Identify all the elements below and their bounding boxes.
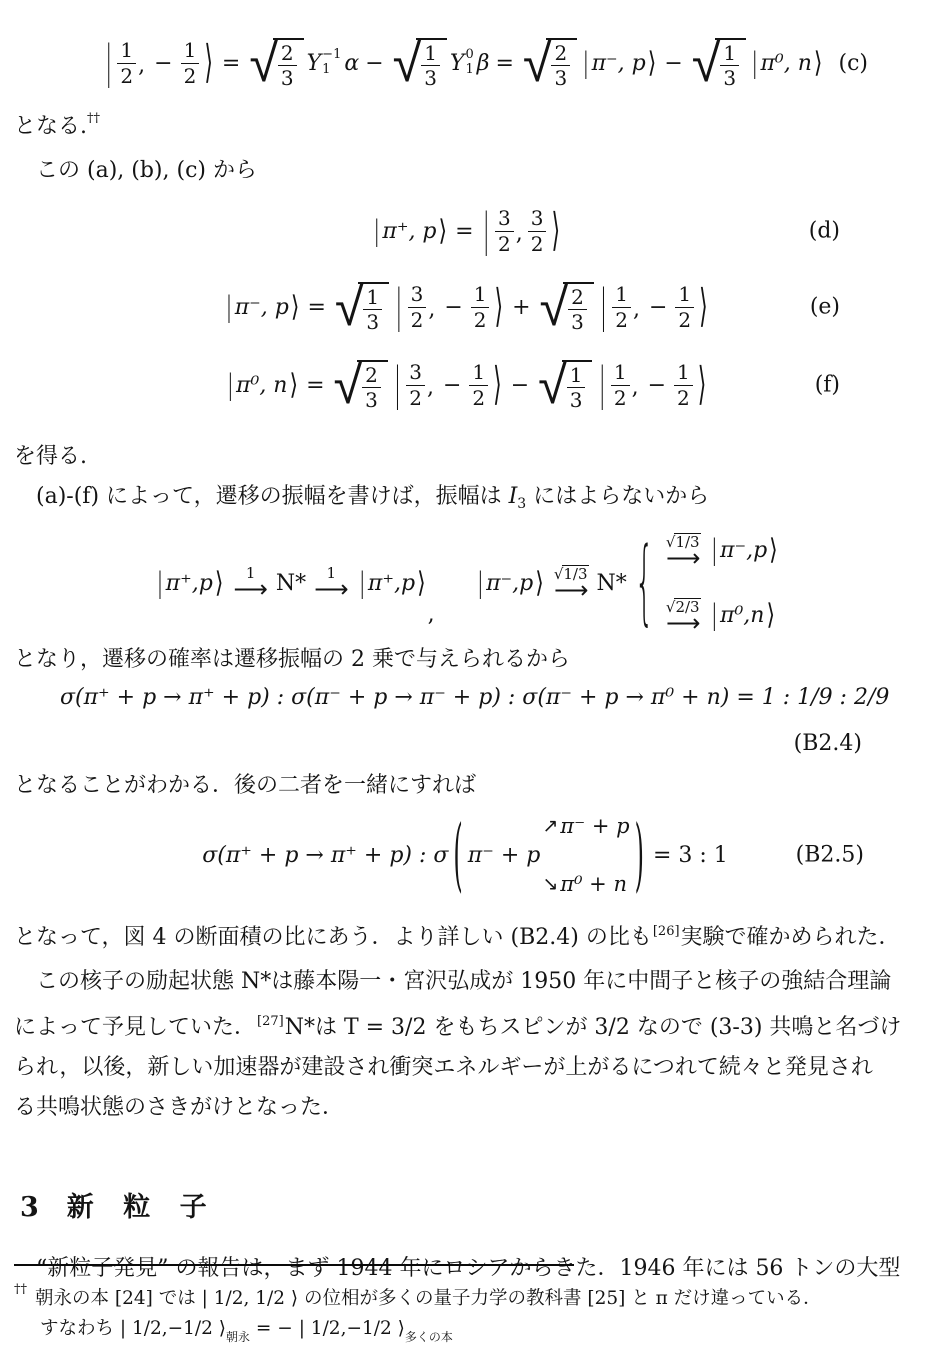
ket-close-angle: ⟩ xyxy=(439,215,448,248)
text: N*は T = 3/2 をもちスピンが 3/2 なので (3-3) 共鳴と名づけ xyxy=(285,1015,902,1040)
ket-half-minus-half: | 12 , − 12 ⟩ xyxy=(597,284,711,330)
comma: , xyxy=(633,297,640,322)
text: となる. xyxy=(14,114,87,139)
branch-row: √1/3 ⟶ | π⁻,p ⟩ xyxy=(658,533,780,568)
equation-label: (c) xyxy=(839,51,869,76)
minus-sign: − xyxy=(154,51,172,76)
fraction: 32 xyxy=(495,208,514,254)
ket-close-angle: ⟩ xyxy=(417,567,426,600)
text-line-tonaru: となる.†† xyxy=(14,104,920,142)
ket-close-angle: ⟩ xyxy=(814,47,823,80)
text-line-nstar-1: この核子の励起状態 N*は藤本陽一・宮沢弘成が 1950 年に中間子と核子の強結… xyxy=(14,967,920,997)
text-line-tonaru-koto: となることがわかる．後の二者を一緒にすれば xyxy=(14,771,920,801)
labeled-arrow: √2/3 ⟶ xyxy=(666,598,701,633)
radical: √ 23 xyxy=(523,38,577,89)
arrow-icon: ⟶ xyxy=(233,580,267,599)
subscript-many-books: 多くの本 xyxy=(405,1330,453,1344)
equation-c: | 12 , − 12 ⟩ = √ 23 Y−11α − √ 13 Y01β =… xyxy=(102,22,920,104)
ket-close-angle: ⟩ xyxy=(698,359,707,410)
ket-close-angle: ⟩ xyxy=(291,291,300,324)
labeled-arrow: √1/3 ⟶ xyxy=(666,533,701,568)
ket-open-bar: | xyxy=(751,47,758,80)
ket-three-half: | 32 , 32 ⟩ xyxy=(480,208,563,254)
radical: √ 23 xyxy=(334,360,388,411)
ket-close-angle: ⟩ xyxy=(289,369,298,402)
dagger-mark: †† xyxy=(14,1282,27,1297)
ket-close-angle: ⟩ xyxy=(493,359,502,410)
text: となって，図 4 の断面積の比にあう．より詳しい (B2.4) の比も xyxy=(14,925,652,950)
footnote-text: = − | 1/2,−1/2 ⟩ xyxy=(250,1318,405,1339)
fork-row-down: ↘ π⁰ + n xyxy=(542,872,629,896)
text-line-nstar-2: によって予見していた．[27]N*は T = 3/2 をもちスピンが 3/2 な… xyxy=(14,1007,920,1043)
comma: , xyxy=(632,375,639,400)
radical: √ 13 xyxy=(538,360,592,411)
equation-d: | π⁺, p ⟩ = | 32 , 32 ⟩ (d) xyxy=(14,200,920,262)
minus-sign: − xyxy=(511,373,529,398)
equation-label: (d) xyxy=(809,219,840,244)
equals-sign: = xyxy=(222,51,240,76)
isospin-variable: I xyxy=(509,484,518,509)
ket-pi-plus-p: | π⁺,p ⟩ xyxy=(154,571,225,596)
ket-open-bar: | xyxy=(358,567,365,600)
branch-row: √2/3 ⟶ | π⁰,n ⟩ xyxy=(658,598,780,633)
ket-content: π⁺, p xyxy=(382,219,436,244)
equation-b24-label: (B2.4) xyxy=(14,729,920,759)
fraction: 12 xyxy=(469,362,488,408)
text: 実験で確かめられた． xyxy=(681,925,901,950)
equation-f: | π⁰, n ⟩ = √ 23 | 32 , − 12 ⟩ − √ 13 xyxy=(14,352,920,418)
text-line-kono-abc: この (a), (b), (c) から xyxy=(14,156,920,186)
fraction: 12 xyxy=(471,284,490,330)
text-line-oeru: を得る. xyxy=(14,442,920,472)
fraction: 12 xyxy=(117,40,136,86)
ket-open-bar: | xyxy=(227,369,234,402)
radical: √ 13 xyxy=(393,38,447,89)
ket-pi-minus-p: | π⁻,p ⟩ xyxy=(709,538,780,563)
ket-half-minus-half: | 12 , − 12 ⟩ xyxy=(102,40,216,86)
alpha-variable: α xyxy=(344,51,359,76)
down-arrow-icon: ↘ xyxy=(542,873,558,895)
comma: , xyxy=(516,221,523,246)
ket-open-bar: | xyxy=(483,205,490,256)
ket-open-bar: | xyxy=(156,567,163,600)
footnote-text: すなわち | 1/2,−1/2 ⟩ xyxy=(40,1318,226,1339)
arrow-icon: ⟶ xyxy=(314,580,348,599)
ket-open-bar: | xyxy=(395,281,402,332)
pi-zero-n-final: π⁰ + n xyxy=(560,872,627,896)
scripts: 01 xyxy=(465,48,473,78)
ket-content: π⁻,p xyxy=(720,538,767,563)
fraction: 32 xyxy=(528,208,547,254)
ket-close-angle: ⟩ xyxy=(769,534,778,567)
document-page: | 12 , − 12 ⟩ = √ 23 Y−11α − √ 13 Y01β =… xyxy=(0,0,938,1366)
beta-variable: β xyxy=(477,51,490,76)
labeled-arrow: √1/3 ⟶ xyxy=(554,565,589,600)
labeled-arrow: 1 ⟶ xyxy=(233,566,267,599)
equals-sign: = xyxy=(306,373,324,398)
equals-sign: = xyxy=(307,295,325,320)
ket-open-bar: | xyxy=(598,359,605,410)
n-star-resonance: N* xyxy=(276,571,306,596)
ket-pi-zero-n: | π⁰, n ⟩ xyxy=(225,373,300,398)
citation-26: [26] xyxy=(653,924,680,939)
dagger-mark: †† xyxy=(87,111,100,126)
ket-pi-zero-n: | π⁰,n ⟩ xyxy=(709,603,777,628)
ket-three-half-minus-half: | 32 , − 12 ⟩ xyxy=(392,284,506,330)
fraction: 12 xyxy=(674,362,693,408)
fraction: 32 xyxy=(408,284,427,330)
minus-sign: − xyxy=(443,373,461,398)
fraction: 12 xyxy=(612,284,631,330)
plus-sign: + xyxy=(512,295,530,320)
ket-open-bar: | xyxy=(477,567,484,600)
ket-content: π⁰, n xyxy=(760,51,811,76)
branch-tree: √1/3 ⟶ | π⁻,p ⟩ √2/3 ⟶ | xyxy=(658,533,780,633)
pi-minus-p-final: π⁻ + p xyxy=(560,814,629,838)
ket-close-angle: ⟩ xyxy=(494,281,503,332)
ket-open-bar: | xyxy=(394,359,401,410)
text-line-af: (a)-(f) によって，遷移の振幅を書けば，振幅は I3 にはよらないから xyxy=(14,482,920,519)
decay-fork: ↗ π⁻ + p ↘ π⁰ + n xyxy=(542,814,629,896)
comma: , xyxy=(427,375,434,400)
text: にはよらないから xyxy=(526,484,709,509)
comma: , xyxy=(428,602,435,627)
footnote-line-1: ††朝永の本 [24] では | 1/2, 1/2 ⟩ の位相が多くの量子力学の… xyxy=(14,1275,919,1314)
page-content: | 12 , − 12 ⟩ = √ 23 Y−11α − √ 13 Y01β =… xyxy=(0,0,938,1284)
scripts: −11 xyxy=(322,48,341,78)
ket-pi-minus-p: | π⁻, p ⟩ xyxy=(223,295,301,320)
ket-close-angle: ⟩ xyxy=(204,37,213,88)
ket-close-angle: ⟩ xyxy=(699,281,708,332)
ket-content: π⁻, p xyxy=(592,51,646,76)
radical: √ 13 xyxy=(335,282,389,333)
fraction: 12 xyxy=(181,40,200,86)
paren-close: ) xyxy=(635,809,644,901)
labeled-arrow: 1 ⟶ xyxy=(314,566,348,599)
ket-pi-minus-p: | π⁻, p ⟩ xyxy=(580,51,658,76)
fraction: 12 xyxy=(675,284,694,330)
paren-open: ( xyxy=(453,809,462,901)
equals-sign: = xyxy=(455,219,473,244)
ket-close-angle: ⟩ xyxy=(766,599,775,632)
ket-content: π⁰, n xyxy=(236,373,287,398)
comma: , xyxy=(428,297,435,322)
section-number: 3 xyxy=(20,1192,39,1223)
equation-label: (B2.5) xyxy=(796,843,864,868)
ket-open-bar: | xyxy=(225,291,232,324)
up-arrow-icon: ↗ xyxy=(542,815,558,837)
ket-open-bar: | xyxy=(600,281,607,332)
footnote-line-2: すなわち | 1/2,−1/2 ⟩朝永 = − | 1/2,−1/2 ⟩多くの本 xyxy=(14,1314,919,1352)
ket-close-angle: ⟩ xyxy=(648,47,657,80)
text: (a)-(f) によって，遷移の振幅を書けば，振幅は xyxy=(36,484,509,509)
ket-open-bar: | xyxy=(105,37,112,88)
ket-pi-minus-p: | π⁻,p ⟩ xyxy=(475,571,546,596)
text: によって予見していた． xyxy=(14,1015,256,1040)
radical: √ 23 xyxy=(540,282,594,333)
equation-b24: σ(π⁺ + p → π⁺ + p) : σ(π⁻ + p → π⁻ + p) … xyxy=(14,683,920,713)
ket-close-angle: ⟩ xyxy=(215,567,224,600)
arrow-icon: ⟶ xyxy=(554,581,588,600)
ket-open-bar: | xyxy=(711,599,718,632)
brace-icon: { xyxy=(635,529,654,638)
fraction: 12 xyxy=(611,362,630,408)
text-line-nstar-4: る共鳴状態のさきがけとなった． xyxy=(14,1093,920,1123)
equation-e: | π⁻, p ⟩ = √ 13 | 32 , − 12 ⟩ + √ 23 xyxy=(14,274,920,340)
ket-three-half-minus-half: | 32 , − 12 ⟩ xyxy=(391,362,505,408)
n-star-resonance: N* xyxy=(597,571,627,596)
minus-sign: − xyxy=(648,373,666,398)
citation-27: [27] xyxy=(257,1014,284,1029)
ket-open-bar: | xyxy=(373,215,380,248)
equals-sign: = xyxy=(495,51,513,76)
ket-content: π⁻,p xyxy=(486,571,533,596)
arrow-icon: ⟶ xyxy=(666,549,700,568)
radical: √ 23 xyxy=(249,38,303,89)
text-line-zu4: となって，図 4 の断面積の比にあう．より詳しい (B2.4) の比も[26]実… xyxy=(14,917,920,953)
text-line-nstar-3: られ，以後，新しい加速器が建設され衝突エネルギーが上がるにつれて続々と発見され xyxy=(14,1053,920,1083)
footnote-text: 朝永の本 [24] では | 1/2, 1/2 ⟩ の位相が多くの量子力学の教科… xyxy=(35,1288,822,1309)
ket-open-bar: | xyxy=(582,47,589,80)
ket-content: π⁺,p xyxy=(166,571,213,596)
pi-minus-p: π⁻ + p xyxy=(468,843,541,868)
equation-b25: σ(π⁺ + p → π⁺ + p) : σ ( π⁻ + p ↗ π⁻ + p… xyxy=(14,807,920,903)
section-title: 新 粒 子 xyxy=(67,1192,217,1223)
footnote: ††朝永の本 [24] では | 1/2, 1/2 ⟩ の位相が多くの量子力学の… xyxy=(14,1264,919,1352)
minus-sign: − xyxy=(365,51,383,76)
minus-sign: − xyxy=(444,295,462,320)
arrow-icon: ⟶ xyxy=(666,614,700,633)
equation-label: (e) xyxy=(810,295,840,320)
ket-content: π⁺,p xyxy=(368,571,415,596)
ket-pi-zero-n: | π⁰, n ⟩ xyxy=(749,51,824,76)
minus-sign: − xyxy=(664,51,682,76)
radical: √ 13 xyxy=(692,38,746,89)
ket-open-bar: | xyxy=(711,534,718,567)
spherical-harmonic: Y xyxy=(307,51,322,76)
section-heading: 3新 粒 子 xyxy=(20,1185,920,1224)
comma: , xyxy=(138,53,145,78)
subscript: 3 xyxy=(517,496,526,512)
ket-close-angle: ⟩ xyxy=(551,205,560,256)
sigma-ratio-lead: σ(π⁺ + p → π⁺ + p) : σ xyxy=(202,843,448,868)
ket-content: π⁻, p xyxy=(235,295,289,320)
ket-pi-plus-p: | π⁺, p ⟩ xyxy=(371,219,449,244)
ket-pi-plus-p: | π⁺,p ⟩ xyxy=(356,571,427,596)
equation-label: (f) xyxy=(815,373,840,398)
fork-row-up: ↗ π⁻ + p xyxy=(542,814,629,838)
ket-content: π⁰,n xyxy=(720,603,764,628)
subscript-tomonaga: 朝永 xyxy=(226,1330,250,1344)
footnote-rule xyxy=(14,1264,574,1266)
ratio-result: = 3 : 1 xyxy=(653,843,728,868)
minus-sign: − xyxy=(649,295,667,320)
ket-half-minus-half: | 12 , − 12 ⟩ xyxy=(595,362,709,408)
fraction: 32 xyxy=(406,362,425,408)
text-line-tonari: となり，遷移の確率は遷移振幅の 2 乗で与えられるから xyxy=(14,645,920,675)
ket-close-angle: ⟩ xyxy=(535,567,544,600)
spherical-harmonic: Y xyxy=(450,51,465,76)
equation-amplitudes: | π⁺,p ⟩ 1 ⟶ N* 1 ⟶ | π⁺,p ⟩ , | π⁻,p xyxy=(14,531,920,635)
